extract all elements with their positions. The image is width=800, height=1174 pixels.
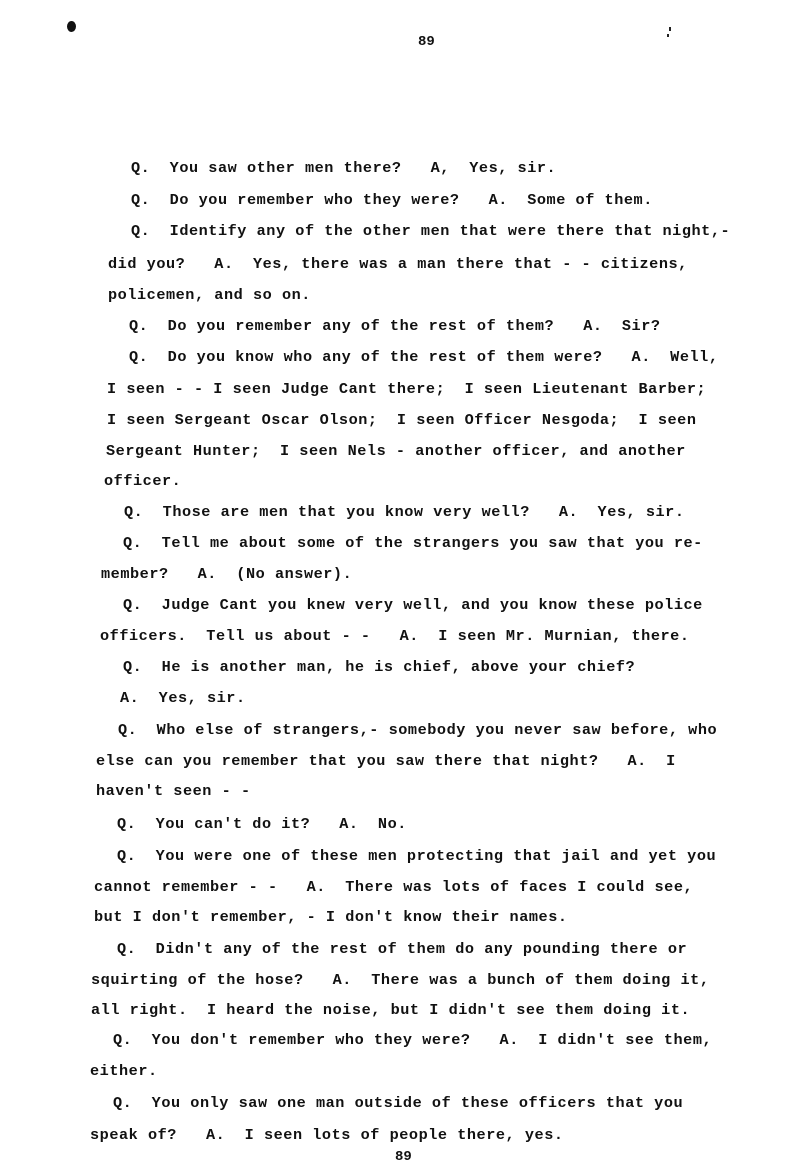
transcript-line: Q. Do you remember who they were? A. Som…: [131, 191, 653, 209]
transcript-line: Q. You were one of these men protecting …: [117, 847, 716, 865]
transcript-page: 89 Q. You saw other men there? A, Yes, s…: [0, 0, 800, 1174]
transcript-line: Q. Who else of strangers,- somebody you …: [118, 721, 717, 739]
ink-speck: [667, 34, 669, 37]
transcript-line: Q. Tell me about some of the strangers y…: [123, 534, 703, 552]
transcript-line: all right. I heard the noise, but I didn…: [91, 1001, 690, 1019]
transcript-line: A. Yes, sir.: [120, 689, 246, 707]
transcript-line: Q. Do you remember any of the rest of th…: [129, 317, 661, 335]
transcript-line: Q. You only saw one man outside of these…: [113, 1094, 683, 1112]
transcript-line: Q. Identify any of the other men that we…: [131, 222, 730, 240]
transcript-line: policemen, and so on.: [108, 286, 311, 304]
transcript-line: officers. Tell us about - - A. I seen Mr…: [100, 627, 690, 645]
transcript-line: Q. You saw other men there? A, Yes, sir.: [131, 159, 556, 177]
ink-speck: [669, 27, 671, 31]
transcript-line: Q. Judge Cant you knew very well, and yo…: [123, 596, 703, 614]
transcript-line: speak of? A. I seen lots of people there…: [90, 1126, 564, 1144]
transcript-line: else can you remember that you saw there…: [96, 752, 676, 770]
transcript-line: Q. Didn't any of the rest of them do any…: [117, 940, 687, 958]
transcript-line: Q. He is another man, he is chief, above…: [123, 658, 635, 676]
transcript-line: haven't seen - -: [96, 782, 251, 800]
transcript-line: either.: [90, 1062, 158, 1080]
transcript-line: I seen - - I seen Judge Cant there; I se…: [107, 380, 706, 398]
transcript-line: Q. Do you know who any of the rest of th…: [129, 348, 719, 366]
transcript-line: Q. Those are men that you know very well…: [124, 503, 685, 521]
transcript-line: Q. You don't remember who they were? A. …: [113, 1031, 712, 1049]
page-number-bottom: 89: [395, 1149, 412, 1165]
transcript-line: Sergeant Hunter; I seen Nels - another o…: [106, 442, 686, 460]
transcript-line: I seen Sergeant Oscar Olson; I seen Offi…: [107, 411, 697, 429]
transcript-line: member? A. (No answer).: [101, 565, 352, 583]
transcript-line: squirting of the hose? A. There was a bu…: [91, 971, 710, 989]
transcript-line: cannot remember - - A. There was lots of…: [94, 878, 693, 896]
ink-blot: [67, 21, 76, 32]
transcript-line: Q. You can't do it? A. No.: [117, 815, 407, 833]
transcript-line: but I don't remember, - I don't know the…: [94, 908, 568, 926]
page-number-top: 89: [418, 34, 435, 50]
transcript-line: officer.: [104, 472, 181, 490]
transcript-line: did you? A. Yes, there was a man there t…: [108, 255, 688, 273]
